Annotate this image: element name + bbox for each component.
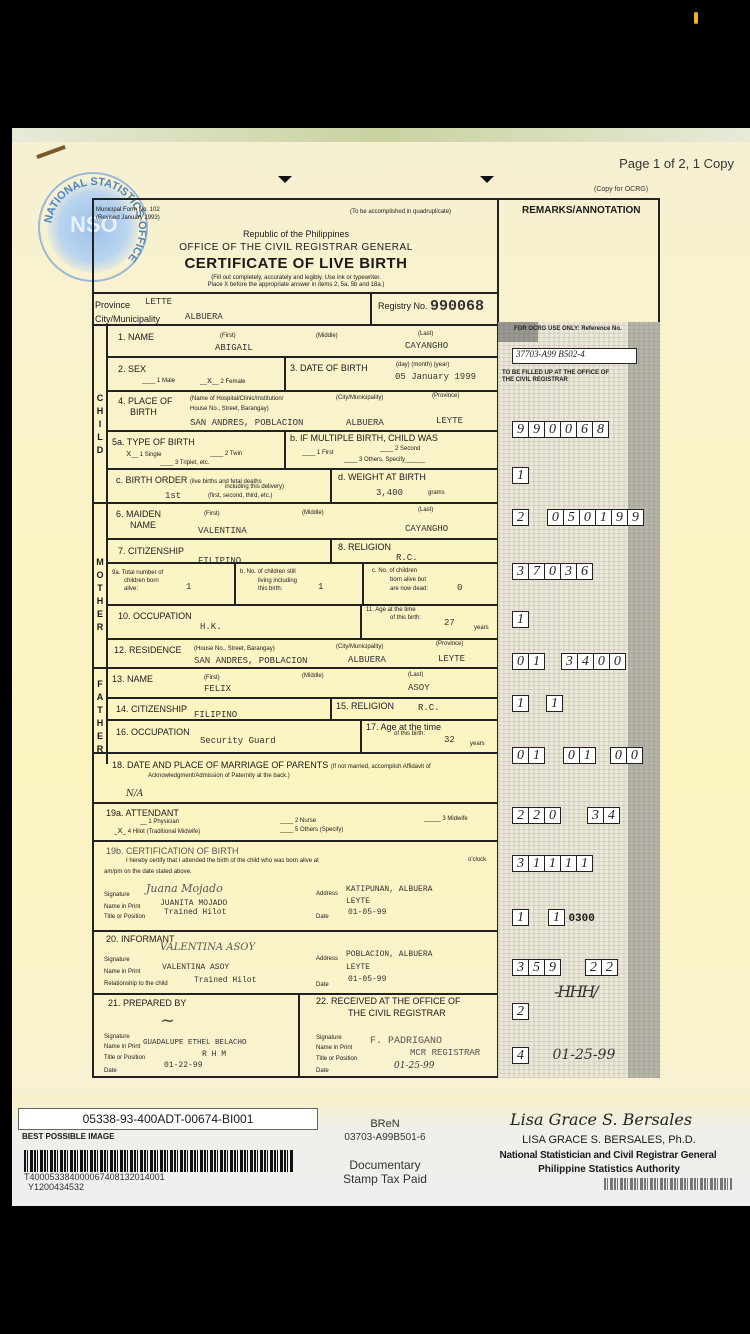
- mother-age-value: 27: [444, 618, 455, 628]
- sex-label: 2. SEX: [118, 364, 146, 374]
- father-occupation-label: 16. OCCUPATION: [116, 727, 190, 737]
- instructions-line-1: (Fill out completely, accurately and leg…: [96, 275, 496, 282]
- attendant-others[interactable]: ____ 5 Others (Specify): [280, 827, 343, 834]
- prepared-date: 01-22-99: [164, 1061, 202, 1070]
- paper-edge: [12, 128, 750, 142]
- mother-age-label: 11. Age at the time: [366, 607, 416, 614]
- registry-label: Registry No.: [378, 301, 428, 311]
- barcode-icon: [24, 1150, 294, 1172]
- child-name-label: 1. NAME: [118, 332, 154, 342]
- multiple-birth-label: b. IF MULTIPLE BIRTH, CHILD WAS: [290, 433, 438, 443]
- accomplish-note: (To be accomplished in quadruplicate): [350, 209, 451, 216]
- stamp-tax-label-2: Stamp Tax Paid: [330, 1172, 440, 1186]
- republic-label: Republic of the Philippines: [96, 229, 496, 239]
- mother-first-name: VALENTINA: [198, 526, 247, 536]
- prepared-by-label: 21. PREPARED BY: [108, 998, 186, 1008]
- residence-street: SAN ANDRES, POBLACION: [194, 656, 307, 666]
- copy-for-label: (Copy for OCRG): [594, 186, 648, 194]
- mother-name-label: 6. MAIDEN: [116, 509, 161, 519]
- child-section-label: CHILD: [95, 392, 105, 457]
- birth-type-single[interactable]: x__ 1 Single: [126, 451, 161, 459]
- staple-mark: [36, 145, 66, 159]
- registry-number: 990068: [430, 298, 484, 315]
- dead-children-value: 0: [457, 583, 462, 593]
- living-children-value: 1: [318, 582, 323, 592]
- document-number: 05338-93-400ADT-00674-BI001: [18, 1108, 318, 1130]
- city-value: ALBUERA: [185, 312, 223, 322]
- birth-type-triplet[interactable]: ____ 3 Triplet, etc.: [160, 460, 209, 467]
- bren-label: BReN: [330, 1118, 440, 1130]
- received-label: 22. RECEIVED AT THE OFFICE OF: [316, 996, 461, 1006]
- mother-citizenship-label: 7. CITIZENSHIP: [118, 546, 184, 556]
- dead-children-label: c. No. of children: [372, 568, 417, 575]
- pob-province-header: (Province): [432, 393, 459, 400]
- total-children-value: 1: [186, 582, 191, 592]
- prepared-name: GUADALUPE ETHEL BELACHO: [143, 1039, 247, 1047]
- code-08: 2 050199: [512, 508, 643, 526]
- certification-label: 19b. CERTIFICATION OF BIRTH: [106, 846, 239, 856]
- bren-value: 03703-A99B501-6: [330, 1132, 440, 1143]
- father-first-name: FELIX: [204, 684, 231, 694]
- marriage-note: Acknowledgment/Admission of Paternity at…: [148, 773, 290, 780]
- father-last-name: ASOY: [408, 683, 430, 693]
- pob-header: (Name of Hospital/Clinic/Institution/: [190, 396, 283, 403]
- birth-type-label: 5a. TYPE OF BIRTH: [112, 437, 195, 447]
- father-age-value: 32: [444, 735, 455, 745]
- code-94: 4 01-25-99: [512, 1046, 615, 1064]
- certification-text: I hereby certify that I attended the bir…: [126, 858, 319, 865]
- cert-address: KATIPUNAN, ALBUERA: [346, 885, 432, 894]
- mother-religion-label: 8. RELIGION: [338, 542, 391, 552]
- code-61: 1: [512, 610, 528, 628]
- dob-label: 3. DATE OF BIRTH: [290, 363, 368, 373]
- informant-relationship: Trained Hilot: [194, 976, 256, 985]
- residence-city: ALBUERA: [348, 655, 386, 665]
- province-label: Province: [95, 300, 130, 310]
- mother-occupation-label: 10. OCCUPATION: [118, 611, 192, 621]
- last-header: (Last): [418, 507, 433, 514]
- mother-name-label-2: NAME: [130, 520, 156, 530]
- birth-order-note-3: (first, second, third, etc.): [208, 493, 272, 500]
- code-68: 11: [512, 694, 562, 712]
- multiple-first-option[interactable]: ____ 1 First: [302, 450, 334, 457]
- pob-city: ALBUERA: [346, 418, 384, 428]
- weight-label: d. WEIGHT AT BIRTH: [338, 472, 426, 482]
- child-last-name: CAYANGHO: [405, 341, 448, 351]
- first-header: (First): [220, 333, 236, 340]
- informant-signature: VALENTINA ASOY: [160, 942, 255, 953]
- first-header: (First): [204, 511, 220, 518]
- total-children-label: 9a. Total number of: [112, 570, 163, 577]
- birth-type-twin[interactable]: ____ 2 Twin: [210, 451, 242, 458]
- pob-province: LEYTE: [436, 416, 463, 426]
- father-citizenship-label: 14. CITIZENSHIP: [116, 704, 187, 714]
- stamp-tax-label: Documentary: [330, 1158, 440, 1172]
- attendant-label: 19a. ATTENDANT: [106, 808, 179, 818]
- code-93: 2: [512, 1002, 528, 1020]
- remarks-heading: REMARKS/ANNOTATION: [522, 205, 641, 216]
- marriage-label: 18. DATE AND PLACE OF MARRIAGE OF PARENT…: [112, 760, 431, 771]
- pob-street: SAN ANDRES, POBLACION: [190, 418, 303, 428]
- father-name-label: 13. NAME: [112, 674, 153, 684]
- status-indicator: [694, 12, 698, 24]
- barcode-text-2: Y1200434532: [28, 1182, 84, 1192]
- father-religion-label: 15. RELIGION: [336, 701, 394, 711]
- pob-label: 4. PLACE OF: [118, 396, 173, 406]
- code-70: 01 01 00: [512, 746, 642, 764]
- cert-signature-label: Signature: [104, 892, 130, 899]
- pob-city-header: (City/Municipality): [336, 395, 383, 402]
- attendant-midwife[interactable]: _____ 3 Midwife: [424, 816, 468, 823]
- barcode-text: T400053384000067408132014001: [24, 1172, 165, 1182]
- prepared-title: R H M: [202, 1050, 226, 1059]
- code-81: 31111: [512, 854, 592, 872]
- best-image-label: BEST POSSIBLE IMAGE: [22, 1132, 114, 1141]
- dob-header: (day) (month) (year): [396, 362, 449, 369]
- pob-header-2: House No., Street, Barangay): [190, 406, 269, 413]
- ocrg-use-only-label: FOR OCRG USE ONLY: Reference No.: [514, 326, 624, 333]
- mother-last-name: CAYANGHO: [405, 524, 448, 534]
- prepared-signature: ~: [160, 1010, 175, 1031]
- middle-header: (Middle): [316, 333, 338, 340]
- birth-order-value: 1st: [165, 491, 181, 501]
- code-06: 1: [512, 466, 528, 484]
- dob-value: 05 January 1999: [395, 372, 476, 382]
- informant-date: 01-05-99: [348, 975, 386, 984]
- cert-signature: Juana Mojado: [146, 882, 223, 895]
- code-86: 11 0300: [512, 908, 595, 926]
- form-revision: (Revised January 1993): [96, 215, 160, 222]
- father-occupation: Security Guard: [200, 736, 276, 746]
- child-first-name: ABIGAIL: [215, 343, 253, 353]
- pob-label-2: BIRTH: [130, 407, 157, 417]
- attendant-hilot[interactable]: _x_ 4 Hilot (Traditional Midwife): [114, 828, 200, 836]
- document-title: CERTIFICATE OF LIVE BIRTH: [96, 255, 496, 272]
- cert-date: 01-05-99: [348, 908, 386, 917]
- official-name: LISA GRACE S. BERSALES, Ph.D.: [486, 1134, 732, 1146]
- code-01: 990068: [512, 420, 608, 438]
- father-religion: R.C.: [418, 703, 440, 713]
- received-date: 01-25-99: [394, 1061, 434, 1071]
- received-title: MCR REGISTRAR: [410, 1048, 480, 1058]
- official-title: National Statistician and Civil Registra…: [480, 1150, 736, 1161]
- alignment-mark-icon: [480, 176, 494, 183]
- last-header: (Last): [418, 331, 433, 338]
- father-section-label: FATHER: [95, 678, 105, 756]
- living-children-label: b. No. of children still: [240, 569, 296, 576]
- residence-province: LEYTE: [438, 654, 465, 664]
- code-mother: 37036: [512, 562, 592, 580]
- multiple-second-option[interactable]: ____ 2 Second: [380, 446, 420, 453]
- tally-marks: -HHH/: [554, 982, 597, 1001]
- weight-value: 3,400: [376, 488, 403, 498]
- received-name: F. PADRIGANO: [370, 1036, 442, 1047]
- ocrg-coding-panel: FOR OCRG USE ONLY: Reference No. 37703-A…: [498, 322, 660, 1078]
- secondary-barcode-icon: [604, 1178, 732, 1190]
- attendant-physician[interactable]: __ 1 Physician: [140, 819, 179, 826]
- alignment-mark-icon: [278, 176, 292, 183]
- mother-section-label: MOTHER: [95, 556, 105, 634]
- attendant-nurse[interactable]: ____ 2 Nurse: [280, 818, 316, 825]
- mother-occupation: H.K.: [200, 622, 222, 632]
- cert-name: JUANITA MOJADO: [160, 899, 227, 908]
- province-value: LETTE: [145, 297, 172, 307]
- form-number: Municipal Form No. 102: [96, 207, 160, 214]
- office-label: OFFICE OF THE CIVIL REGISTRAR GENERAL: [96, 242, 496, 253]
- code-76: 220 34: [512, 806, 619, 824]
- informant-name: VALENTINA ASOY: [162, 963, 229, 972]
- sex-female-option[interactable]: __x__ 2 Female: [200, 378, 245, 386]
- code-88: 359 22: [512, 958, 617, 976]
- page-info: Page 1 of 2, 1 Copy: [619, 156, 734, 171]
- weight-unit: grams: [428, 490, 445, 497]
- official-signature: Lisa Grace S. Bersales: [510, 1110, 692, 1129]
- code-62: 01 3400: [512, 652, 625, 670]
- agency-name: Philippine Statistics Authority: [486, 1164, 732, 1175]
- sex-male-option[interactable]: ____ 1 Male: [142, 378, 175, 385]
- ocrg-reference-box: 37703-A99 B502-4: [512, 348, 637, 364]
- middle-header: (Middle): [302, 510, 324, 517]
- cert-title: Trained Hilot: [164, 908, 226, 917]
- city-label: City/Municipality: [95, 314, 160, 324]
- birth-order-note: including this delivery): [225, 484, 284, 491]
- residence-label: 12. RESIDENCE: [114, 645, 182, 655]
- informant-address: POBLACION, ALBUERA: [346, 950, 432, 959]
- instructions-line-2: Place X before the appropriate answer in…: [96, 282, 496, 289]
- marriage-value: N/A: [126, 789, 143, 799]
- multiple-others-option[interactable]: ____ 3 Others, Specify______: [344, 457, 425, 464]
- ocrg-fill-note: TO BE FILLED UP AT THE OFFICE OF THE CIV…: [502, 370, 612, 384]
